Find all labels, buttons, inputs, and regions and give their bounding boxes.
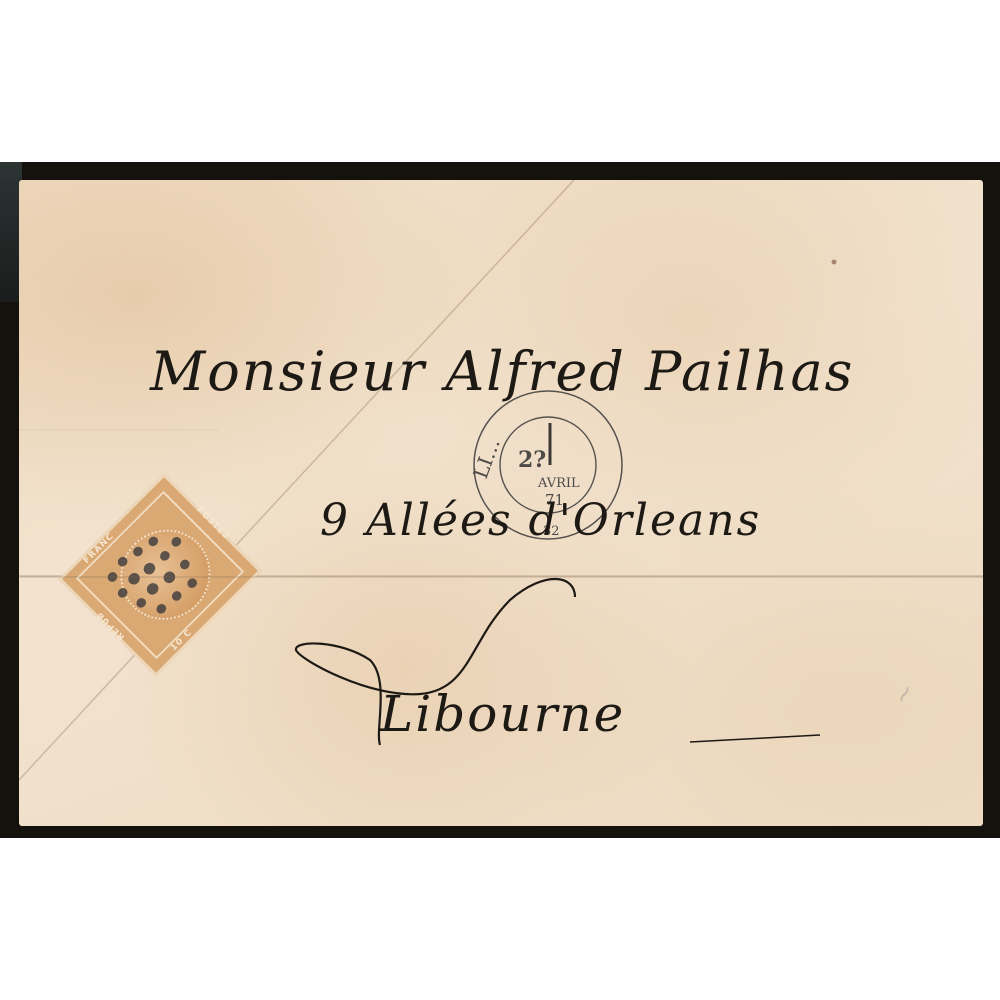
address-line-name: Monsieur Alfred Pailhas [150, 340, 854, 403]
postmark-town: LI… [468, 435, 505, 482]
address-line-street: 9 Allées d'Orleans [320, 495, 761, 546]
postmark-day: 2? [518, 447, 546, 473]
postmark-month: AVRIL [537, 476, 580, 491]
paper-spot [832, 260, 837, 265]
address-line-town: Libourne [380, 685, 625, 743]
